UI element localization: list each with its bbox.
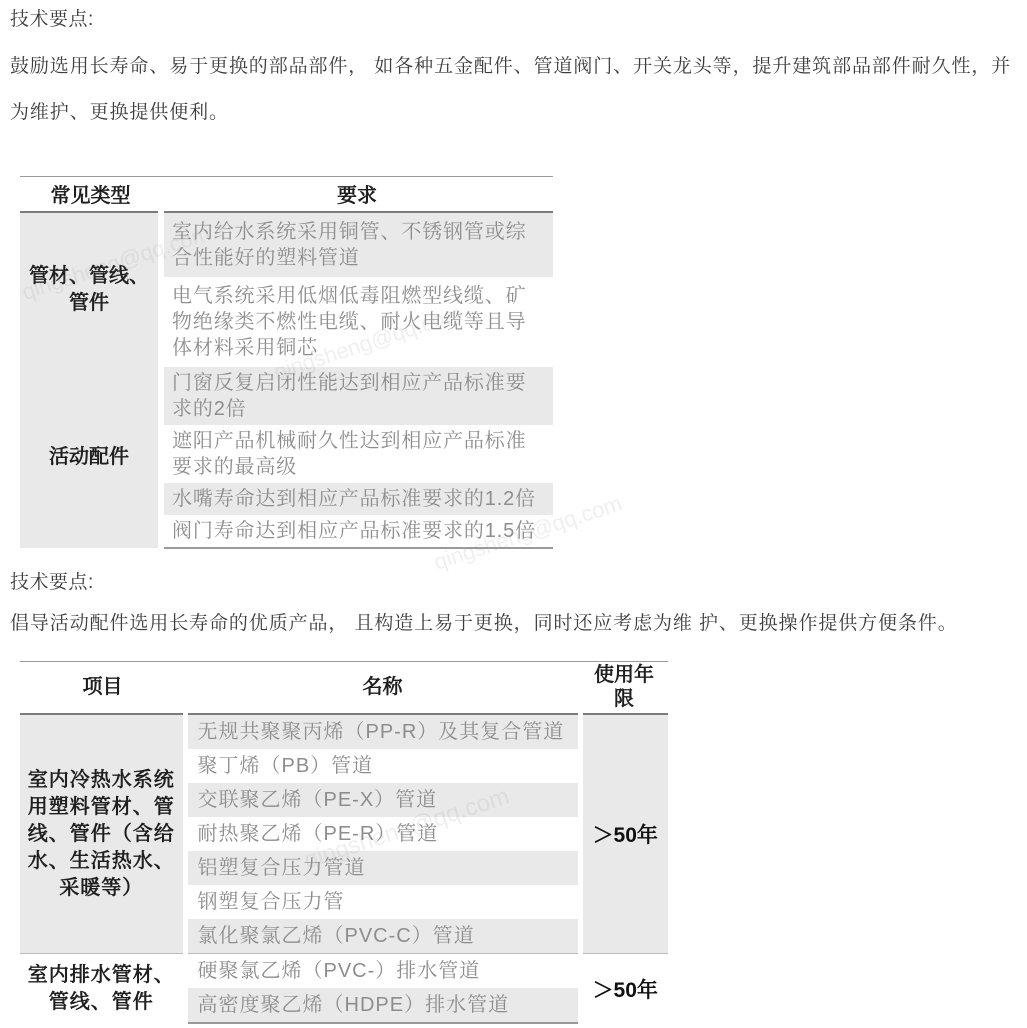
table2-name-cell: 聚丁烯（PB）管道	[185, 749, 580, 783]
table2-header-item: 项目	[20, 661, 185, 714]
table-row: 活动配件 门窗反复启闭性能达到相应产品标准要求的2倍	[20, 367, 553, 425]
table1-header-type: 常见类型	[20, 177, 161, 212]
table1-requirement-cell: 阀门寿命达到相应产品标准要求的1.5倍	[161, 515, 553, 548]
table2-category-hot-cold-water: 室内冷热水系统用塑料管材、管线、管件（含给水、生活热水、采暖等）	[20, 714, 185, 954]
table-row: 管材、管线、管件 室内给水系统采用铜管、不锈钢管或综合性能好的塑料管道	[20, 212, 553, 277]
table1-requirement-cell: 室内给水系统采用铜管、不锈钢管或综合性能好的塑料管道	[161, 212, 553, 277]
section1-title: 技术要点:	[10, 8, 1027, 32]
table1-requirement-cell: 水嘴寿命达到相应产品标准要求的1.2倍	[161, 483, 553, 515]
table1-header-row: 常见类型 要求	[20, 177, 553, 212]
table1-requirement-cell: 门窗反复启闭性能达到相应产品标准要求的2倍	[161, 367, 553, 425]
table2-name-cell: 耐热聚乙烯（PE-R）管道	[185, 817, 580, 851]
table2-category-drainage: 室内排水管材、管线、管件	[20, 954, 185, 1024]
table1-category-movable-fittings: 活动配件	[20, 367, 161, 548]
section2-paragraph: 倡导活动配件选用长寿命的优质产品， 且构造上易于更换，同时还应考虑为维 护、更换…	[10, 601, 1018, 647]
pipe-service-life-table: 项目 名称 使用年限 室内冷热水系统用塑料管材、管线、管件（含给水、生活热水、采…	[20, 661, 668, 1025]
table2-name-cell: 铝塑复合压力管道	[185, 851, 580, 885]
table2-header-name: 名称	[185, 661, 580, 714]
table-row: 室内冷热水系统用塑料管材、管线、管件（含给水、生活热水、采暖等） 无规共聚聚丙烯…	[20, 714, 668, 749]
table2-name-cell: 无规共聚聚丙烯（PP-R）及其复合管道	[185, 714, 580, 749]
section1-paragraph: 鼓励选用长寿命、易于更换的部品部件， 如各种五金配件、管道阀门、开关龙头等，提升…	[10, 44, 1018, 136]
table1-requirement-cell: 遮阳产品机械耐久性达到相应产品标准要求的最高级	[161, 425, 553, 483]
table2-header-service-life: 使用年限	[580, 661, 668, 714]
table-row: 室内排水管材、管线、管件 硬聚氯乙烯（PVC-）排水管道 ＞50年	[20, 954, 668, 989]
table2-header-row: 项目 名称 使用年限	[20, 661, 668, 714]
table2-lifespan-cell: ＞50年	[580, 714, 668, 954]
durability-requirements-table: 常见类型 要求 管材、管线、管件 室内给水系统采用铜管、不锈钢管或综合性能好的塑…	[20, 176, 553, 549]
table2-name-cell: 硬聚氯乙烯（PVC-）排水管道	[185, 954, 580, 989]
table1-header-requirement: 要求	[161, 177, 553, 212]
table1-requirement-cell: 电气系统采用低烟低毒阻燃型线缆、矿物绝缘类不燃性电缆、耐火电缆等且导体材料采用铜…	[161, 277, 553, 367]
table2-lifespan-cell: ＞50年	[580, 954, 668, 1024]
table2-name-cell: 钢塑复合压力管	[185, 885, 580, 919]
table2-name-cell: 高密度聚乙烯（HDPE）排水管道	[185, 988, 580, 1023]
table2-name-cell: 交联聚乙烯（PE-X）管道	[185, 783, 580, 817]
table2-name-cell: 氯化聚氯乙烯（PVC-C）管道	[185, 919, 580, 954]
section2-title: 技术要点:	[10, 571, 1027, 595]
document-page: 技术要点: 鼓励选用长寿命、易于更换的部品部件， 如各种五金配件、管道阀门、开关…	[0, 0, 1027, 1028]
table1-category-pipes: 管材、管线、管件	[20, 212, 161, 367]
